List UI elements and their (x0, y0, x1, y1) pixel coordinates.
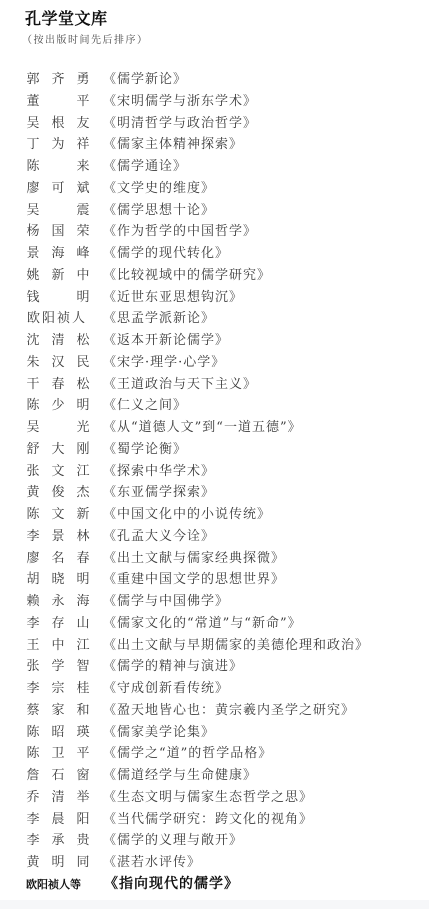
book-title: 《仁义之间》 (103, 395, 187, 417)
author-char: 大 (51, 439, 65, 461)
author-name: 詹石窗 (26, 765, 90, 787)
list-item: 黄明同《湛若水评传》 (0, 852, 429, 874)
book-title: 《返本开新论儒学》 (103, 330, 229, 352)
list-item: 沈清松《返本开新论儒学》 (0, 330, 429, 352)
author-char: 窗 (76, 765, 90, 787)
author-name: 胡晓明 (26, 569, 90, 591)
author-name: 朱汉民 (26, 352, 90, 374)
author-char: 文 (51, 504, 65, 526)
list-item: 景海峰《儒学的现代转化》 (0, 243, 429, 265)
list-item: 张文江《探索中华学术》 (0, 461, 429, 483)
list-item: 詹石窗《儒道经学与生命健康》 (0, 765, 429, 787)
author-name: 李晨阳 (26, 809, 90, 831)
list-item: 蔡家和《盈天地皆心也：黄宗羲内圣学之研究》 (0, 700, 429, 722)
author-char: 郭 (26, 69, 40, 91)
author-char: 齐 (51, 69, 65, 91)
book-title: 《守成创新看传统》 (103, 678, 229, 700)
list-item: 陈卫平《儒学之“道”的哲学品格》 (0, 743, 429, 765)
list-item: 舒大刚《蜀学论衡》 (0, 439, 429, 461)
book-title: 《探索中华学术》 (103, 461, 215, 483)
author-char: 李 (26, 613, 40, 635)
author-char: 晨 (51, 809, 65, 831)
book-title: 《近世东亚思想钩沉》 (103, 287, 243, 309)
author-name: 陈昭瑛 (26, 722, 90, 744)
author-char: 姚 (26, 265, 40, 287)
author-name: 陈来 (26, 156, 90, 178)
author-char: 来 (76, 156, 90, 178)
author-char: 欧 (26, 308, 41, 330)
author-char: 为 (51, 134, 65, 156)
author-char: 江 (76, 635, 90, 657)
book-title: 《宋明儒学与浙东学术》 (103, 91, 257, 113)
book-title: 《东亚儒学探索》 (103, 482, 215, 504)
author-char: 同 (76, 852, 90, 874)
author-char: 举 (76, 787, 90, 809)
list-item: 胡晓明《重建中国文学的思想世界》 (0, 569, 429, 591)
author-char: 卫 (51, 743, 65, 765)
author-name: 郭齐勇 (26, 69, 90, 91)
book-title: 《指向现代的儒学》 (104, 874, 239, 896)
author-char: 光 (76, 417, 90, 439)
list-item: 吴震《儒学思想十论》 (0, 200, 429, 222)
author-char: 林 (76, 526, 90, 548)
list-item: 王中江《出土文献与早期儒家的美德伦理和政治》 (0, 635, 429, 657)
list-item: 钱明《近世东亚思想钩沉》 (0, 287, 429, 309)
author-name: 陈文新 (26, 504, 90, 526)
list-item: 吴光《从“道德人文”到“一道五德”》 (0, 417, 429, 439)
book-title: 《儒道经学与生命健康》 (103, 765, 257, 787)
list-item: 欧阳祯人《思孟学派新论》 (0, 308, 429, 330)
author-char: 廖 (26, 548, 40, 570)
author-char: 祥 (76, 134, 90, 156)
author-name: 杨国荣 (26, 221, 90, 243)
author-char: 智 (76, 656, 90, 678)
book-title: 《儒学的精神与演进》 (103, 656, 243, 678)
document-page: 孔学堂文库 （按出版时间先后排序） 郭齐勇《儒学新论》董平《宋明儒学与浙东学术》… (0, 0, 429, 900)
book-title: 《儒学与中国佛学》 (103, 591, 229, 613)
author-char: 江 (76, 461, 90, 483)
author-char: 吴 (26, 417, 40, 439)
list-item: 陈来《儒学通诠》 (0, 156, 429, 178)
list-item: 李承贵《儒学的义理与敞开》 (0, 830, 429, 852)
book-title: 《出土文献与早期儒家的美德伦理和政治》 (103, 635, 369, 657)
author-char: 李 (26, 809, 40, 831)
author-char: 陈 (26, 504, 40, 526)
author-name: 钱明 (26, 287, 90, 309)
author-char: 景 (26, 243, 40, 265)
list-item: 陈少明《仁义之间》 (0, 395, 429, 417)
author-char: 景 (51, 526, 65, 548)
page-title: 孔学堂文库 (25, 6, 108, 29)
book-title: 《明清哲学与政治哲学》 (103, 113, 257, 135)
author-char: 石 (51, 765, 65, 787)
list-item: 张学智《儒学的精神与演进》 (0, 656, 429, 678)
list-item: 赖永海《儒学与中国佛学》 (0, 591, 429, 613)
author-char: 荣 (76, 221, 90, 243)
author-name: 姚新中 (26, 265, 90, 287)
author-char: 承 (51, 830, 65, 852)
author-char: 张 (26, 656, 40, 678)
author-char: 中 (76, 265, 90, 287)
author-char: 名 (51, 548, 65, 570)
book-title: 《儒学的义理与敞开》 (103, 830, 243, 852)
author-name: 吴根友 (26, 113, 90, 135)
book-title: 《儒家美学论集》 (103, 722, 215, 744)
author-name: 廖名春 (26, 548, 90, 570)
list-item: 吴根友《明清哲学与政治哲学》 (0, 113, 429, 135)
author-char: 可 (51, 178, 65, 200)
list-item: 杨国荣《作为哲学的中国哲学》 (0, 221, 429, 243)
author-char: 存 (51, 613, 65, 635)
book-title: 《生态文明与儒家生态哲学之思》 (103, 787, 313, 809)
author-char: 和 (76, 700, 90, 722)
list-item: 李景林《孔孟大义今诠》 (0, 526, 429, 548)
author-char: 干 (26, 374, 40, 396)
list-item: 乔清举《生态文明与儒家生态哲学之思》 (0, 787, 429, 809)
author-char: 昭 (51, 722, 65, 744)
page-subtitle: （按出版时间先后排序） (22, 31, 149, 46)
author-char: 家 (51, 700, 65, 722)
bottom-strip (0, 900, 429, 909)
author-char: 平 (76, 743, 90, 765)
author-char: 黄 (26, 852, 40, 874)
author-char: 董 (26, 91, 40, 113)
author-char: 新 (76, 504, 90, 526)
list-item: 郭齐勇《儒学新论》 (0, 69, 429, 91)
author-name: 王中江 (26, 635, 90, 657)
list-item: 姚新中《比较视域中的儒学研究》 (0, 265, 429, 287)
author-name: 陈卫平 (26, 743, 90, 765)
author-char: 宗 (51, 678, 65, 700)
book-title: 《儒学的现代转化》 (103, 243, 229, 265)
author-char: 沈 (26, 330, 40, 352)
list-item: 欧阳祯人等《指向现代的儒学》 (0, 874, 429, 896)
author-char: 震 (76, 200, 90, 222)
author-char: 中 (51, 635, 65, 657)
author-name: 蔡家和 (26, 700, 90, 722)
author-char: 胡 (26, 569, 40, 591)
author-char: 詹 (26, 765, 40, 787)
list-item: 陈昭瑛《儒家美学论集》 (0, 722, 429, 744)
author-name: 李景林 (26, 526, 90, 548)
author-char: 清 (51, 787, 65, 809)
book-title: 《出土文献与儒家经典探微》 (103, 548, 285, 570)
author-char: 海 (51, 243, 65, 265)
list-item: 朱汉民《宋学·理学·心学》 (0, 352, 429, 374)
book-title: 《蜀学论衡》 (103, 439, 187, 461)
book-title: 《儒学思想十论》 (103, 200, 215, 222)
author-char: 春 (76, 548, 90, 570)
book-title: 《孔孟大义今诠》 (103, 526, 215, 548)
author-char: 明 (51, 852, 65, 874)
author-char: 蔡 (26, 700, 40, 722)
author-char: 平 (76, 91, 90, 113)
author-char: 清 (51, 330, 65, 352)
author-char: 汉 (51, 352, 65, 374)
list-item: 李宗桂《守成创新看传统》 (0, 678, 429, 700)
author-name: 吴震 (26, 200, 90, 222)
author-char: 少 (51, 395, 65, 417)
author-name: 赖永海 (26, 591, 90, 613)
author-char: 钱 (26, 287, 40, 309)
author-char: 勇 (76, 69, 90, 91)
author-char: 杰 (76, 482, 90, 504)
list-item: 干春松《王道政治与天下主义》 (0, 374, 429, 396)
author-char: 峰 (76, 243, 90, 265)
list-item: 陈文新《中国文化中的小说传统》 (0, 504, 429, 526)
book-title: 《王道政治与天下主义》 (103, 374, 257, 396)
author-name: 吴光 (26, 417, 90, 439)
author-char: 斌 (76, 178, 90, 200)
author-char: 李 (26, 830, 40, 852)
author-char: 王 (26, 635, 40, 657)
book-title: 《儒学新论》 (103, 69, 187, 91)
author-name: 黄明同 (26, 852, 90, 874)
author-char: 张 (26, 461, 40, 483)
author-name: 董平 (26, 91, 90, 113)
author-char: 廖 (26, 178, 40, 200)
author-char: 春 (51, 374, 65, 396)
book-title: 《中国文化中的小说传统》 (103, 504, 271, 526)
author-name: 李承贵 (26, 830, 90, 852)
author-char: 赖 (26, 591, 40, 613)
author-char: 丁 (26, 134, 40, 156)
author-name: 欧阳祯人等 (26, 874, 81, 896)
author-char: 人 (71, 308, 86, 330)
list-item: 李晨阳《当代儒学研究：跨文化的视角》 (0, 809, 429, 831)
author-char: 吴 (26, 113, 40, 135)
author-char: 李 (26, 526, 40, 548)
book-title: 《儒学通诠》 (103, 156, 187, 178)
author-char: 李 (26, 678, 40, 700)
author-char: 杨 (26, 221, 40, 243)
author-char: 瑛 (76, 722, 90, 744)
author-char: 海 (76, 591, 90, 613)
author-char: 国 (51, 221, 65, 243)
list-item: 董平《宋明儒学与浙东学术》 (0, 91, 429, 113)
author-name: 乔清举 (26, 787, 90, 809)
author-char: 桂 (76, 678, 90, 700)
author-char: 俊 (51, 482, 65, 504)
author-char: 山 (76, 613, 90, 635)
author-name: 张文江 (26, 461, 90, 483)
author-name: 廖可斌 (26, 178, 90, 200)
author-char: 明 (76, 287, 90, 309)
list-item: 廖名春《出土文献与儒家经典探微》 (0, 548, 429, 570)
book-title: 《作为哲学的中国哲学》 (103, 221, 257, 243)
book-title: 《比较视域中的儒学研究》 (103, 265, 271, 287)
author-name: 舒大刚 (26, 439, 90, 461)
list-item: 李存山《儒家文化的“常道”与“新命”》 (0, 613, 429, 635)
author-char: 贵 (76, 830, 90, 852)
author-char: 民 (76, 352, 90, 374)
author-char: 明 (76, 395, 90, 417)
author-char: 吴 (26, 200, 40, 222)
book-title: 《重建中国文学的思想世界》 (103, 569, 285, 591)
author-name: 沈清松 (26, 330, 90, 352)
book-title: 《从“道德人文”到“一道五德”》 (103, 417, 302, 439)
author-char: 舒 (26, 439, 40, 461)
author-char: 学 (51, 656, 65, 678)
author-name: 李宗桂 (26, 678, 90, 700)
book-title: 《湛若水评传》 (103, 852, 201, 874)
author-name: 张学智 (26, 656, 90, 678)
book-title: 《儒家主体精神探索》 (103, 134, 243, 156)
author-char: 根 (51, 113, 65, 135)
book-title: 《儒家文化的“常道”与“新命”》 (103, 613, 302, 635)
author-char: 刚 (76, 439, 90, 461)
author-char: 阳 (41, 308, 56, 330)
book-title: 《思孟学派新论》 (103, 308, 215, 330)
list-item: 丁为祥《儒家主体精神探索》 (0, 134, 429, 156)
author-name: 黄俊杰 (26, 482, 90, 504)
author-char: 明 (76, 569, 90, 591)
author-name: 丁为祥 (26, 134, 90, 156)
book-title: 《文学史的维度》 (103, 178, 215, 200)
author-char: 陈 (26, 722, 40, 744)
author-char: 晓 (51, 569, 65, 591)
author-char: 朱 (26, 352, 40, 374)
book-title: 《盈天地皆心也：黄宗羲内圣学之研究》 (103, 700, 355, 722)
list-item: 廖可斌《文学史的维度》 (0, 178, 429, 200)
author-name: 欧阳祯人 (26, 308, 90, 330)
author-char: 新 (51, 265, 65, 287)
author-char: 陈 (26, 395, 40, 417)
author-name: 李存山 (26, 613, 90, 635)
book-list: 郭齐勇《儒学新论》董平《宋明儒学与浙东学术》吴根友《明清哲学与政治哲学》丁为祥《… (0, 69, 429, 896)
author-char: 阳 (76, 809, 90, 831)
author-char: 友 (76, 113, 90, 135)
author-char: 永 (51, 591, 65, 613)
author-char: 陈 (26, 156, 40, 178)
author-char: 松 (76, 374, 90, 396)
list-item: 黄俊杰《东亚儒学探索》 (0, 482, 429, 504)
author-char: 乔 (26, 787, 40, 809)
author-char: 黄 (26, 482, 40, 504)
author-name: 景海峰 (26, 243, 90, 265)
book-title: 《宋学·理学·心学》 (103, 352, 225, 374)
author-char: 陈 (26, 743, 40, 765)
author-name: 干春松 (26, 374, 90, 396)
author-char: 文 (51, 461, 65, 483)
book-title: 《儒学之“道”的哲学品格》 (103, 743, 272, 765)
author-name: 陈少明 (26, 395, 90, 417)
author-char: 祯 (56, 308, 71, 330)
book-title: 《当代儒学研究：跨文化的视角》 (103, 809, 313, 831)
author-char: 松 (76, 330, 90, 352)
